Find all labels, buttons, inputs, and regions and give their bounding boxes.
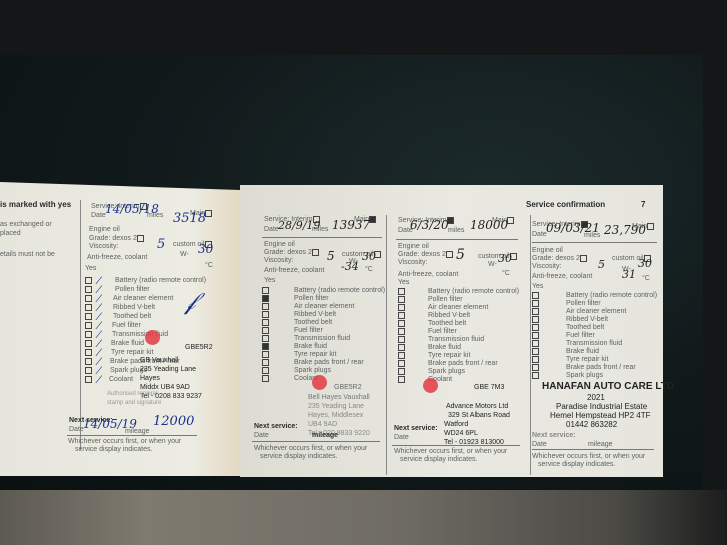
checkbox[interactable] bbox=[262, 359, 269, 366]
checkbox[interactable] bbox=[262, 367, 269, 374]
stamp-town: Hayes, Middlesex bbox=[308, 411, 363, 420]
signature: 𝒻 bbox=[185, 297, 196, 306]
checkbox[interactable] bbox=[532, 324, 539, 331]
main-checkbox[interactable] bbox=[647, 223, 654, 230]
miles-label: miles bbox=[448, 226, 464, 235]
checklist-item: Fuel filter bbox=[428, 328, 457, 335]
stamp-logo bbox=[312, 375, 327, 390]
service-entry-4: Service: Interim Main Date 09/03/21 mile… bbox=[532, 220, 662, 470]
right-dark-strip bbox=[703, 55, 727, 490]
column-divider bbox=[80, 200, 81, 450]
footnote-line-2: service display indicates. bbox=[400, 455, 477, 464]
divider bbox=[262, 237, 382, 238]
checklist-item: Transmission fluid bbox=[428, 336, 484, 343]
checkbox[interactable] bbox=[85, 304, 92, 311]
checklist-item: Brake fluid bbox=[428, 344, 461, 351]
checkbox[interactable] bbox=[532, 356, 539, 363]
footnote-line-2: service display indicates. bbox=[75, 445, 152, 454]
checklist-item: Brake pads front / rear bbox=[428, 360, 498, 367]
checklist-item: Toothed belt bbox=[294, 319, 332, 326]
checkbox[interactable] bbox=[398, 360, 405, 367]
mileage-label: mileage bbox=[588, 440, 613, 449]
yes-label: Yes bbox=[532, 282, 543, 291]
checkbox[interactable] bbox=[532, 372, 539, 379]
coolant-temp: 31 bbox=[622, 270, 636, 279]
checkbox-checked[interactable] bbox=[262, 295, 269, 302]
viscosity-label: Viscosity: bbox=[532, 262, 561, 271]
antifreeze-label: Anti-freeze, coolant bbox=[532, 272, 592, 281]
column-divider bbox=[530, 215, 531, 475]
checkbox[interactable] bbox=[262, 351, 269, 358]
divider bbox=[532, 449, 654, 450]
viscosity-value-b: 30 bbox=[498, 254, 512, 263]
viscosity-label: Viscosity: bbox=[264, 256, 293, 265]
dexos-label: dexos 2 bbox=[112, 235, 137, 242]
checklist-item: Brake fluid bbox=[111, 340, 144, 347]
intro-note-2: placed bbox=[0, 229, 21, 238]
grade-label: Grade: bbox=[89, 235, 110, 242]
checkbox[interactable] bbox=[262, 287, 269, 294]
stamp-address: 329 St Albans Road bbox=[448, 411, 510, 420]
checklist-item: Tyre repair kit bbox=[111, 349, 153, 356]
checklist-item: Tyre repair kit bbox=[566, 356, 608, 363]
service-entry-1: Service: Interim Main Date 14/05/18 mile… bbox=[85, 202, 235, 452]
checkbox[interactable] bbox=[262, 319, 269, 326]
checkbox[interactable] bbox=[398, 336, 405, 343]
intro-note-1: as exchanged or bbox=[0, 220, 52, 229]
checklist-item: Ribbed V-belt bbox=[294, 311, 336, 318]
checklist-item: Spark plugs bbox=[566, 372, 603, 379]
viscosity-value-a: 5 bbox=[327, 252, 335, 261]
divider bbox=[67, 435, 197, 436]
next-date-label: Date bbox=[532, 440, 547, 449]
stamp-address: 235 Yeading Lane bbox=[308, 402, 364, 411]
coolant-temp: -34 bbox=[341, 262, 359, 271]
engine-oil-label: Engine oil bbox=[89, 225, 120, 234]
checklist-item: Pollen filter bbox=[294, 295, 329, 302]
checkbox[interactable] bbox=[532, 292, 539, 299]
divider bbox=[396, 239, 518, 240]
checkbox[interactable] bbox=[398, 352, 405, 359]
stamp-town: Hemel Hempstead HP2 4TF bbox=[550, 411, 650, 420]
stamp-company: HANAFAN AUTO CARE LTD bbox=[542, 382, 674, 391]
checklist-item: Brake pads front / rear bbox=[566, 364, 636, 371]
w-label: W- bbox=[180, 250, 189, 259]
bottom-gray-band bbox=[0, 490, 727, 545]
stamp-logo bbox=[423, 378, 438, 393]
divider bbox=[532, 242, 657, 243]
next-date-label: Date bbox=[254, 431, 269, 440]
viscosity-value-b: 30 bbox=[638, 259, 652, 268]
checklist-item: Toothed belt bbox=[113, 313, 151, 320]
stamp-town: Hayes bbox=[140, 374, 160, 383]
checkbox[interactable] bbox=[532, 300, 539, 307]
checklist-item: Air cleaner element bbox=[294, 303, 354, 310]
checkbox[interactable] bbox=[85, 313, 92, 320]
checklist-item: Spark plugs bbox=[428, 368, 465, 375]
checklist-item: Battery (radio remote control) bbox=[294, 287, 385, 294]
date-label: Date bbox=[91, 212, 106, 219]
stamp-dealer: Advance Motors Ltd bbox=[446, 402, 508, 411]
divider bbox=[392, 445, 520, 446]
page-number: 7 bbox=[641, 200, 645, 209]
checkbox[interactable] bbox=[85, 277, 92, 284]
checklist-item: Air cleaner element bbox=[113, 295, 173, 302]
w-label: W- bbox=[488, 260, 497, 269]
dexos-checkbox[interactable] bbox=[312, 249, 319, 256]
dexos-label: dexos 2 bbox=[287, 249, 312, 256]
checkmarks-handwritten: ⁄⁄⁄⁄⁄⁄⁄⁄⁄⁄⁄⁄ bbox=[98, 277, 100, 385]
viscosity-label: Viscosity: bbox=[89, 242, 118, 251]
checklist-item: Battery (radio remote control) bbox=[115, 277, 206, 284]
stamp-address: 235 Yeading Lane bbox=[140, 365, 196, 374]
checklist-item: Ribbed V-belt bbox=[113, 304, 155, 311]
checklist-item: Brake pads front / rear bbox=[294, 359, 364, 366]
footnote-line-2: service display indicates. bbox=[260, 452, 337, 461]
viscosity-value-a: 5 bbox=[598, 260, 605, 269]
intro-note-3: etails must not be bbox=[0, 250, 55, 259]
checkbox[interactable] bbox=[398, 288, 405, 295]
date-label: Date bbox=[532, 230, 547, 239]
mileage-label: mileage bbox=[312, 431, 338, 440]
antifreeze-label: Anti-freeze, coolant bbox=[87, 253, 147, 262]
stamp-dealer: Bell Hayes Vauxhall bbox=[308, 393, 370, 402]
checklist-item: Ribbed V-belt bbox=[428, 312, 470, 319]
grade-label: Grade: bbox=[398, 251, 419, 258]
checklist-item: Pollen filter bbox=[115, 286, 150, 293]
viscosity-value-b: 30 bbox=[362, 252, 376, 261]
checkbox[interactable] bbox=[85, 358, 92, 365]
checkbox[interactable] bbox=[398, 304, 405, 311]
service-entry-3: Service: Interim Main Date 6/3/20 miles … bbox=[396, 216, 522, 466]
checklist-item: Air cleaner element bbox=[428, 304, 488, 311]
celsius-label: °C bbox=[502, 269, 510, 278]
checklist-item: Tyre repair kit bbox=[294, 351, 336, 358]
service-date: 6/3/20 bbox=[410, 221, 449, 230]
miles-label: miles bbox=[312, 225, 328, 234]
checkbox[interactable] bbox=[85, 331, 92, 338]
stamp-code: GBE5R2 bbox=[185, 343, 213, 352]
service-confirmation-title: Service confirmation bbox=[526, 200, 605, 209]
date-label: Date bbox=[264, 225, 279, 234]
checkbox[interactable] bbox=[262, 335, 269, 342]
celsius-label: °C bbox=[205, 261, 213, 270]
checklist-item: Transmission fluid bbox=[294, 335, 350, 342]
main-checkbox[interactable] bbox=[205, 210, 212, 217]
viscosity-value-a: 5 bbox=[157, 240, 165, 249]
checkbox[interactable] bbox=[532, 316, 539, 323]
checklist-item: Fuel filter bbox=[566, 332, 595, 339]
dexos-label: dexos 2 bbox=[421, 251, 446, 258]
checkbox[interactable] bbox=[398, 296, 405, 303]
checklist-item: Pollen filter bbox=[428, 296, 463, 303]
checkbox[interactable] bbox=[85, 376, 92, 383]
celsius-label: °C bbox=[365, 265, 373, 274]
checkbox[interactable] bbox=[398, 368, 405, 375]
checkbox[interactable] bbox=[532, 332, 539, 339]
checkbox[interactable] bbox=[85, 286, 92, 293]
dexos-checkbox[interactable] bbox=[137, 235, 144, 242]
viscosity-value-b: 30 bbox=[198, 245, 213, 254]
checklist-item: Coolant bbox=[109, 376, 133, 383]
checklist-item: Spark plugs bbox=[294, 367, 331, 374]
checkbox[interactable] bbox=[532, 364, 539, 371]
main-checkbox-checked[interactable] bbox=[369, 216, 376, 223]
checklist-item: Pollen filter bbox=[566, 300, 601, 307]
checkbox[interactable] bbox=[532, 340, 539, 347]
dexos-checkbox[interactable] bbox=[446, 251, 453, 258]
stamp-address: Paradise Industrial Estate bbox=[556, 402, 647, 411]
service-miles: 3518 bbox=[173, 214, 206, 223]
stamp-postcode: WD24 6PL bbox=[444, 429, 478, 438]
checkbox-checked[interactable] bbox=[262, 343, 269, 350]
checkbox[interactable] bbox=[532, 308, 539, 315]
checkbox[interactable] bbox=[398, 328, 405, 335]
main-checkbox[interactable] bbox=[507, 217, 514, 224]
checklist-item: Brake fluid bbox=[294, 343, 327, 350]
stamp-code: GBE 7M3 bbox=[474, 383, 504, 392]
stamp-phone: 01442 863282 bbox=[566, 420, 617, 429]
service-miles: 23,790 bbox=[604, 226, 646, 235]
checklist-item: Toothed belt bbox=[428, 320, 466, 327]
stamp-year: 2021 bbox=[587, 393, 605, 402]
next-date-label: Date bbox=[394, 433, 409, 442]
stamp-town: Watford bbox=[444, 420, 468, 429]
checklist-item: Fuel filter bbox=[112, 322, 141, 329]
authorised-label: Authorised repairer stamp and signature bbox=[107, 390, 167, 408]
next-service-label: Next service: bbox=[532, 431, 576, 440]
checklist-item: Fuel filter bbox=[294, 327, 323, 334]
checkbox[interactable] bbox=[398, 376, 405, 383]
checklist-item: Air cleaner element bbox=[566, 308, 626, 315]
grade-label: Grade: bbox=[264, 249, 285, 256]
stamp-logo bbox=[145, 330, 160, 345]
dexos-checkbox[interactable] bbox=[580, 255, 587, 262]
checkbox[interactable] bbox=[262, 375, 269, 382]
stamp-code: GBE5R2 bbox=[334, 383, 362, 392]
footnote-line-2: service display indicates. bbox=[538, 460, 615, 469]
viscosity-value-a: 5 bbox=[456, 251, 465, 260]
miles-label: miles bbox=[584, 231, 600, 240]
checklist-item: Brake fluid bbox=[566, 348, 599, 355]
checkbox[interactable] bbox=[85, 349, 92, 356]
yes-label: Yes bbox=[85, 264, 96, 273]
checklist-item: Tyre repair kit bbox=[428, 352, 470, 359]
next-service-label: Next service: bbox=[254, 422, 298, 431]
yes-label: Yes bbox=[264, 276, 275, 285]
divider bbox=[252, 441, 380, 442]
service-miles: 13937 bbox=[332, 221, 370, 230]
checkbox[interactable] bbox=[262, 327, 269, 334]
antifreeze-label: Anti-freeze, coolant bbox=[264, 266, 324, 275]
checkbox[interactable] bbox=[262, 303, 269, 310]
celsius-label: °C bbox=[642, 274, 650, 283]
viscosity-label: Viscosity: bbox=[398, 258, 427, 267]
stamp-postcode: UB4 9AD bbox=[308, 420, 337, 429]
checklist-item: Ribbed V-belt bbox=[566, 316, 608, 323]
checkbox[interactable] bbox=[85, 340, 92, 347]
next-service-label: Next service: bbox=[394, 424, 438, 433]
service-miles: 18000 bbox=[470, 221, 508, 230]
column-divider bbox=[386, 215, 387, 475]
miles-label: miles bbox=[147, 211, 163, 220]
yes-label: Yes bbox=[398, 278, 409, 287]
checklist-item: Transmission fluid bbox=[566, 340, 622, 347]
checkbox[interactable] bbox=[85, 322, 92, 329]
checkbox[interactable] bbox=[398, 312, 405, 319]
checkbox[interactable] bbox=[85, 367, 92, 374]
service-entry-2: Service: Interim Main Date 28/9/19 miles… bbox=[262, 215, 384, 465]
checklist-item: Battery (radio remote control) bbox=[428, 288, 519, 295]
checkbox[interactable] bbox=[262, 311, 269, 318]
grade-label: Grade: bbox=[532, 255, 553, 262]
next-service-mileage: 12000 bbox=[153, 417, 194, 426]
intro-heading: is marked with yes bbox=[0, 200, 71, 209]
service-book: is marked with yes as exchanged or place… bbox=[0, 0, 703, 490]
dexos-label: dexos 2 bbox=[555, 255, 580, 262]
checklist-item: Battery (radio remote control) bbox=[566, 292, 657, 299]
checklist-item: Toothed belt bbox=[566, 324, 604, 331]
stamp-dealer: GB Vauxhall bbox=[140, 356, 178, 365]
checkbox[interactable] bbox=[532, 348, 539, 355]
checkbox[interactable] bbox=[398, 320, 405, 327]
checkbox[interactable] bbox=[85, 295, 92, 302]
checkbox[interactable] bbox=[398, 344, 405, 351]
next-date-label: Date bbox=[69, 425, 84, 434]
